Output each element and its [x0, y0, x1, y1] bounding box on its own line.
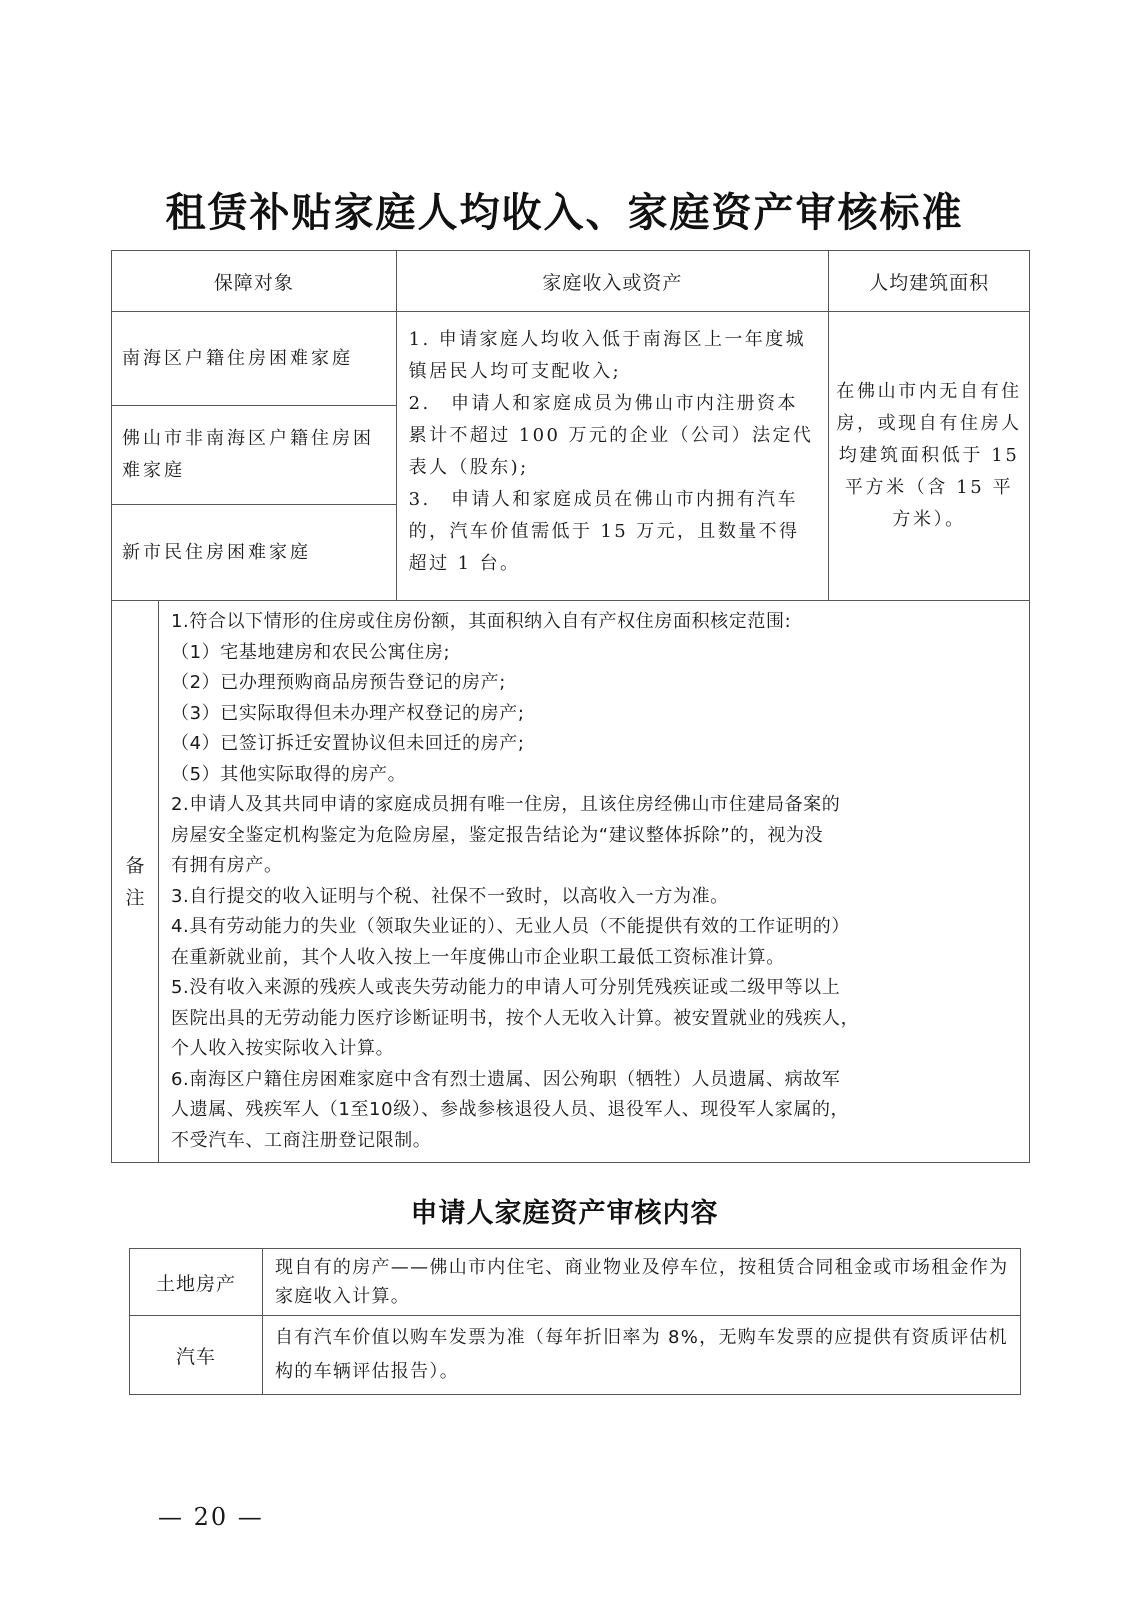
- remark-line: 医院出具的无劳动能力医疗诊断证明书，按个人无收入计算。被安置就业的残疾人，: [171, 1004, 1021, 1035]
- remark-line: 3.自行提交的收入证明与个税、社保不一致时，以高收入一方为准。: [171, 882, 1021, 913]
- remark-line: （4）已签订拆迁安置协议但未回迁的房产;: [171, 729, 1021, 760]
- remark-line: 不受汽车、工商注册登记限制。: [171, 1126, 1021, 1157]
- asset-content-property: 现自有的房产——佛山市内住宅、商业物业及停车位，按租赁合同租金或市场租金作为家庭…: [263, 1249, 1021, 1316]
- remark-line: （5）其他实际取得的房产。: [171, 760, 1021, 791]
- remark-line: （2）已办理预购商品房预告登记的房产;: [171, 668, 1021, 699]
- remarks-label-text: 备注: [125, 850, 145, 914]
- target-new-citizen: 新市民住房困难家庭: [112, 505, 397, 601]
- standards-table: 保障对象 家庭收入或资产 人均建筑面积 南海区户籍住房困难家庭 1. 申请家庭人…: [111, 250, 1030, 1163]
- remark-line: 人遗属、残疾军人（1至10级）、参战参核退役人员、退役军人、现役军人家属的，: [171, 1095, 1021, 1126]
- remarks-row: 备注 1.符合以下情形的住房或住房份额，其面积纳入自有产权住房面积核定范围: （…: [112, 601, 1030, 1163]
- remark-line: 房屋安全鉴定机构鉴定为危险房屋，鉴定报告结论为“建议整体拆除”的，视为没: [171, 821, 1021, 852]
- asset-content-vehicle: 自有汽车价值以购车发票为准（每年折旧率为 8%，无购车发票的应提供有资质评估机构…: [263, 1316, 1021, 1395]
- remark-line: 5.没有收入来源的残疾人或丧失劳动能力的申请人可分别凭残疾证或二级甲等以上: [171, 973, 1021, 1004]
- income-criteria-cell: 1. 申请家庭人均收入低于南海区上一年度城镇居民人均可支配收入; 2. 申请人和…: [396, 312, 829, 601]
- remark-line: （1）宅基地建房和农民公寓住房;: [171, 638, 1021, 669]
- criteria-item: 3. 申请人和家庭成员在佛山市内拥有汽车的，汽车价值需低于 15 万元，且数量不…: [409, 484, 819, 580]
- remark-line: 6.南海区户籍住房困难家庭中含有烈士遗属、因公殉职（牺牲）人员遗属、病故军: [171, 1065, 1021, 1096]
- table-row: 汽车 自有汽车价值以购车发票为准（每年折旧率为 8%，无购车发票的应提供有资质评…: [130, 1316, 1021, 1395]
- table-header-row: 保障对象 家庭收入或资产 人均建筑面积: [112, 251, 1030, 312]
- criteria-item: 1. 申请家庭人均收入低于南海区上一年度城镇居民人均可支配收入;: [409, 324, 819, 388]
- table-row: 南海区户籍住房困难家庭 1. 申请家庭人均收入低于南海区上一年度城镇居民人均可支…: [112, 312, 1030, 406]
- remark-line: 在重新就业前，其个人收入按上一年度佛山市企业职工最低工资标准计算。: [171, 943, 1021, 974]
- remark-line: （3）已实际取得但未办理产权登记的房产;: [171, 699, 1021, 730]
- remarks-body: 1.符合以下情形的住房或住房份额，其面积纳入自有产权住房面积核定范围: （1）宅…: [159, 601, 1030, 1162]
- target-foshan-non-nanhai: 佛山市非南海区户籍住房困难家庭: [112, 406, 397, 505]
- header-area: 人均建筑面积: [829, 251, 1030, 312]
- remark-line: 个人收入按实际收入计算。: [171, 1034, 1021, 1065]
- table-row: 土地房产 现自有的房产——佛山市内住宅、商业物业及停车位，按租赁合同租金或市场租…: [130, 1249, 1021, 1316]
- area-standard-cell: 在佛山市内无自有住房，或现自有住房人均建筑面积低于 15 平方米（含 15 平方…: [829, 312, 1030, 601]
- page-number: — 20 —: [158, 1503, 264, 1531]
- remark-line: 2.申请人及其共同申请的家庭成员拥有唯一住房，且该住房经佛山市住建局备案的: [171, 790, 1021, 821]
- remarks-label: 备注: [112, 601, 159, 1162]
- header-income-assets: 家庭收入或资产: [396, 251, 829, 312]
- header-target: 保障对象: [112, 251, 397, 312]
- remark-line: 1.符合以下情形的住房或住房份额，其面积纳入自有产权住房面积核定范围:: [171, 607, 1021, 638]
- target-nanhai: 南海区户籍住房困难家庭: [112, 312, 397, 406]
- asset-label-vehicle: 汽车: [130, 1316, 263, 1395]
- remark-line: 4.具有劳动能力的失业（领取失业证的）、无业人员（不能提供有效的工作证明的）: [171, 912, 1021, 943]
- asset-label-property: 土地房产: [130, 1249, 263, 1316]
- remark-line: 有拥有房产。: [171, 851, 1021, 882]
- document-title: 租赁补贴家庭人均收入、家庭资产审核标准: [0, 188, 1129, 238]
- criteria-item: 2. 申请人和家庭成员为佛山市内注册资本累计不超过 100 万元的企业（公司）法…: [409, 388, 819, 484]
- asset-review-table: 土地房产 现自有的房产——佛山市内住宅、商业物业及停车位，按租赁合同租金或市场租…: [129, 1248, 1021, 1395]
- section-title: 申请人家庭资产审核内容: [0, 1196, 1129, 1232]
